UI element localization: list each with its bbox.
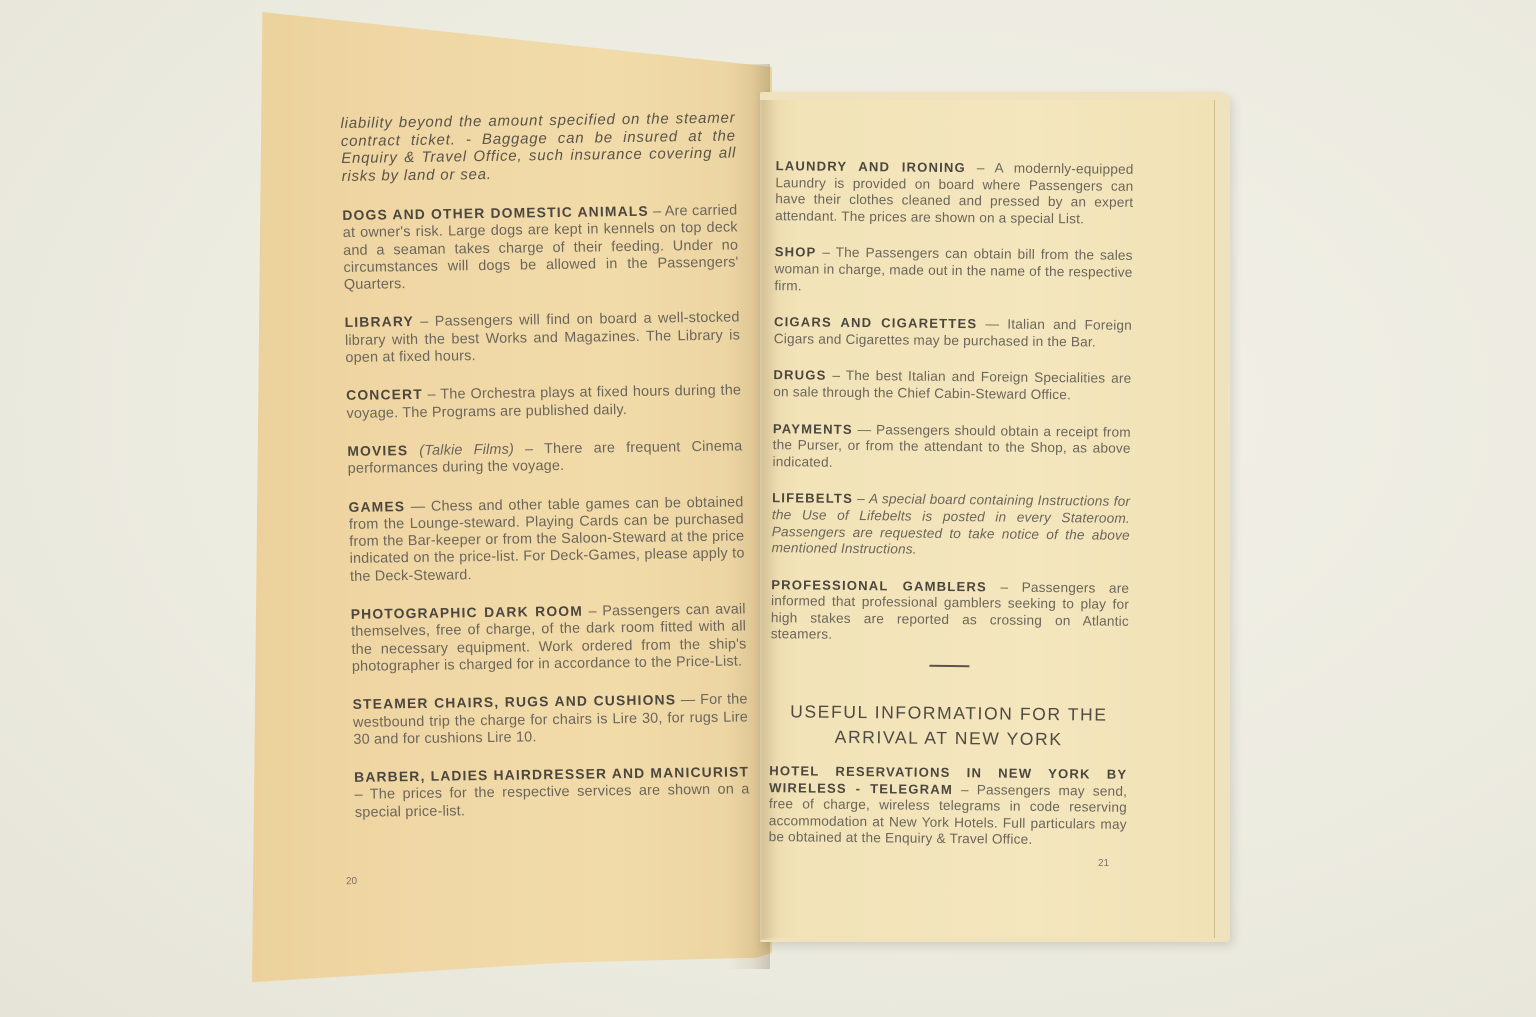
entry-body: The prices for the respective services a…	[355, 782, 750, 821]
entry-steamer-chairs: STEAMER CHAIRS, RUGS AND CUSHIONS — For …	[352, 691, 748, 749]
entry-heading: LAUNDRY AND IRONING	[776, 158, 966, 175]
entry-barber: BARBER, LADIES HAIRDRESSER AND MANICURIS…	[354, 763, 750, 821]
page-number-left: 20	[346, 876, 358, 887]
entry-library: LIBRARY – Passengers will find on board …	[344, 309, 740, 367]
intro-continued: liability beyond the amount specified on…	[340, 109, 736, 184]
right-page-text: LAUNDRY AND IRONING – A modernly-equippe…	[768, 158, 1133, 870]
entry-heading: STEAMER CHAIRS, RUGS AND CUSHIONS	[352, 692, 676, 713]
entry-cigars: CIGARS AND CIGARETTES — Italian and Fore…	[774, 314, 1132, 351]
entry-dark-room: PHOTOGRAPHIC DARK ROOM – Passengers can …	[351, 600, 747, 676]
entry-laundry: LAUNDRY AND IRONING – A modernly-equippe…	[775, 158, 1134, 228]
left-page-text: liability beyond the amount specified on…	[340, 94, 751, 841]
entry-heading: PHOTOGRAPHIC DARK ROOM	[351, 603, 584, 622]
section-divider-rule	[929, 665, 969, 667]
entry-dogs: DOGS AND OTHER DOMESTIC ANIMALS – Are ca…	[342, 201, 739, 294]
entry-heading: DRUGS	[773, 367, 826, 383]
entry-heading: SHOP	[775, 245, 817, 260]
entry-heading: CIGARS AND CIGARETTES	[774, 314, 977, 331]
entry-lifebelts: LIFEBELTS – A special board containing I…	[772, 490, 1131, 560]
section-title: USEFUL INFORMATION FOR THE ARRIVAL AT NE…	[770, 699, 1129, 753]
entry-gamblers: PROFESSIONAL GAMBLERS – Passengers are i…	[771, 577, 1130, 647]
entry-drugs: DRUGS – The best Italian and Foreign Spe…	[773, 367, 1131, 404]
entry-heading: CONCERT	[346, 386, 423, 403]
entry-heading: GAMES	[348, 498, 405, 515]
entry-concert: CONCERT – The Orchestra plays at fixed h…	[346, 382, 742, 423]
entry-heading: PAYMENTS	[773, 421, 853, 437]
entry-heading: DOGS AND OTHER DOMESTIC ANIMALS	[342, 203, 649, 223]
section-title-line-2: ARRIVAL AT NEW YORK	[770, 724, 1128, 753]
entry-payments: PAYMENTS — Passengers should obtain a re…	[772, 421, 1131, 475]
entry-heading-italic: (Talkie Films)	[408, 442, 514, 459]
entry-games: GAMES — Chess and other table games can …	[348, 493, 745, 586]
entry-hotel-reservations: HOTEL RESERVATIONS IN NEW YORK BY WIRELE…	[769, 763, 1128, 850]
entry-heading: LIBRARY	[344, 313, 414, 330]
section-title-line-1: USEFUL INFORMATION FOR THE	[770, 699, 1128, 728]
entry-heading: PROFESSIONAL GAMBLERS	[771, 577, 987, 594]
entry-heading: MOVIES	[347, 442, 408, 459]
page-number-right: 21	[1098, 858, 1109, 869]
entry-movies: MOVIES (Talkie Films) – There are freque…	[347, 437, 743, 478]
entry-heading: LIFEBELTS	[772, 490, 853, 506]
entry-shop: SHOP – The Passengers can obtain bill fr…	[774, 245, 1133, 299]
